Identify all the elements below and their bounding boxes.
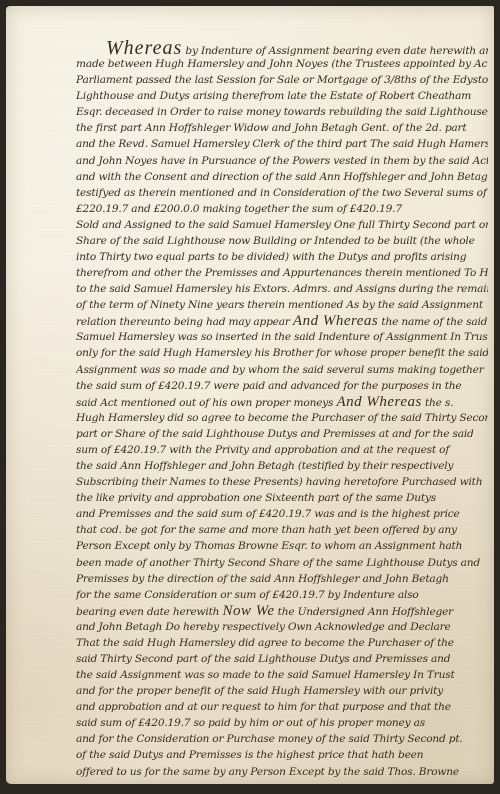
manuscript-line: been made of another Thirty Second Share…	[76, 555, 488, 571]
line-text: and approbation and at our request to hi…	[76, 701, 451, 713]
manuscript-line: of the term of Ninety Nine years therein…	[76, 297, 488, 313]
line-text: and John Betagh Do hereby respectively O…	[76, 621, 451, 633]
manuscript-line: and approbation and at our request to hi…	[76, 699, 488, 715]
line-text: That the said Hugh Hamersley did agree t…	[76, 637, 454, 649]
line-text: Parliament passed the last Session for S…	[76, 74, 488, 86]
manuscript-line: that cod. be got for the same and more t…	[76, 522, 488, 538]
line-text: Share of the said Lighthouse now Buildin…	[76, 235, 475, 247]
line-text: and for the Consideration or Purchase mo…	[76, 733, 463, 745]
manuscript-line: and with the Consent and direction of th…	[76, 169, 488, 185]
manuscript-line: testifyed as therein mentioned and in Co…	[76, 185, 488, 201]
line-text: Hugh Hamersley did so agree to become th…	[76, 412, 488, 424]
line-text: the said Ann Hoffshleger and John Betagh…	[76, 460, 453, 472]
manuscript-line: said Act mentioned out of his own proper…	[76, 394, 488, 410]
manuscript-line: Hugh Hamersley did so agree to become th…	[76, 410, 488, 426]
manuscript-line: made between Hugh Hamersley and John Noy…	[76, 56, 488, 72]
line-text: only for the said Hugh Hamersley his Bro…	[76, 347, 488, 359]
manuscript-line: and for the proper benefit of the said H…	[76, 683, 488, 699]
manuscript-line: the first part Ann Hoffshleger Widow and…	[76, 120, 488, 136]
line-text: the first part Ann Hoffshleger Widow and…	[76, 122, 466, 134]
line-text: testifyed as therein mentioned and in Co…	[76, 187, 487, 199]
manuscript-line: relation thereunto being had may appear …	[76, 313, 488, 329]
line-text: the said Assignment was so made to the s…	[76, 669, 455, 681]
manuscript-line: Whereas by Indenture of Assignment beari…	[76, 40, 488, 56]
manuscript-line: the said sum of £420.19.7 were paid and …	[76, 378, 488, 394]
line-text: been made of another Thirty Second Share…	[76, 557, 480, 569]
line-text: said Act mentioned out of his own proper…	[76, 397, 333, 409]
manuscript-line: Lighthouse and Dutys arising therefrom l…	[76, 88, 488, 104]
line-text: Person Except only by Thomas Browne Esqr…	[76, 540, 462, 552]
line-text: and with the Consent and direction of th…	[76, 171, 488, 183]
manuscript-page: Whereas by Indenture of Assignment beari…	[6, 6, 494, 784]
manuscript-line: Samuel Hamersley was so inserted in the …	[76, 329, 488, 345]
line-text: Subscribing their Names to these Present…	[76, 476, 482, 488]
line-text: Samuel Hamersley was so inserted in the …	[76, 331, 488, 343]
emphasis-phrase: And Whereas	[336, 394, 421, 410]
manuscript-line: and for the Consideration or Purchase mo…	[76, 731, 488, 747]
line-text: and the Revd. Samuel Hamersley Clerk of …	[76, 138, 488, 150]
manuscript-line: offered to us for the same by any Person…	[76, 764, 488, 780]
line-text: and Premisses and the said sum of £420.1…	[76, 508, 460, 520]
line-text: made between Hugh Hamersley and John Noy…	[76, 58, 488, 70]
opening-word: Whereas	[106, 40, 182, 56]
manuscript-line: only for the said Hugh Hamersley his Bro…	[76, 345, 488, 361]
line-text: of the said Dutys and Premisses is the h…	[76, 749, 423, 761]
line-tail: the Undersigned Ann Hoffshleger	[274, 606, 453, 618]
line-text: part or Share of the said Lighthouse Dut…	[76, 428, 474, 440]
manuscript-line: said sum of £420.19.7 so paid by him or …	[76, 715, 488, 731]
line-text: of the term of Ninety Nine years therein…	[76, 299, 483, 311]
emphasis-phrase: And Whereas	[293, 313, 378, 329]
manuscript-line: Subscribing their Names to these Present…	[76, 474, 488, 490]
manuscript-line: Person Except only by Thomas Browne Esqr…	[76, 538, 488, 554]
line-text: for the same Consideration or sum of £42…	[76, 589, 419, 601]
line-text: to the said Samuel Hamersley his Extors.…	[76, 283, 488, 295]
manuscript-line: and Premisses and the said sum of £420.1…	[76, 506, 488, 522]
manuscript-line: Sold and Assigned to the said Samuel Ham…	[76, 217, 488, 233]
manuscript-line: and the Revd. Samuel Hamersley Clerk of …	[76, 136, 488, 152]
line-text: the said sum of £420.19.7 were paid and …	[76, 380, 461, 392]
emphasis-phrase: Now We	[222, 603, 274, 619]
manuscript-line: to the said Samuel Hamersley his Extors.…	[76, 281, 488, 297]
manuscript-line: That the said Hugh Hamersley did agree t…	[76, 635, 488, 651]
manuscript-line: the said Ann Hoffshleger and John Betagh…	[76, 458, 488, 474]
line-text: Lighthouse and Dutys arising therefrom l…	[76, 90, 471, 102]
manuscript-line: the like privity and approbation one Six…	[76, 490, 488, 506]
line-text: bearing even date herewith	[76, 606, 219, 618]
manuscript-line: therefrom and other the Premisses and Ap…	[76, 265, 488, 281]
line-tail: the name of the said	[378, 316, 487, 328]
line-tail: the s.	[422, 397, 454, 409]
manuscript-line: Premisses by the direction of the said A…	[76, 571, 488, 587]
manuscript-line: the said Assignment was so made to the s…	[76, 667, 488, 683]
line-text: that cod. be got for the same and more t…	[76, 524, 457, 536]
manuscript-line: and John Noyes have in Pursuance of the …	[76, 153, 488, 169]
line-text: by Indenture of Assignment bearing even …	[182, 45, 488, 56]
manuscript-line: £220.19.7 and £200.0.0 making together t…	[76, 201, 488, 217]
line-text: into Thirty two equal parts to be divide…	[76, 251, 466, 263]
manuscript-line: Esqr. deceased in Order to raise money t…	[76, 104, 488, 120]
line-text: said Thirty Second part of the said Ligh…	[76, 653, 450, 665]
manuscript-line: part or Share of the said Lighthouse Dut…	[76, 426, 488, 442]
manuscript-line: sum of £420.19.7 with the Privity and ap…	[76, 442, 488, 458]
manuscript-line: of the said Dutys and Premisses is the h…	[76, 747, 488, 763]
line-text: £220.19.7 and £200.0.0 making together t…	[76, 203, 402, 215]
line-text: sum of £420.19.7 with the Privity and ap…	[76, 444, 449, 456]
manuscript-line: Share of the said Lighthouse now Buildin…	[76, 233, 488, 249]
manuscript-line: bearing even date herewith Now We the Un…	[76, 603, 488, 619]
manuscript-text: Whereas by Indenture of Assignment beari…	[76, 40, 488, 780]
line-text: Sold and Assigned to the said Samuel Ham…	[76, 219, 488, 231]
line-text: relation thereunto being had may appear	[76, 316, 290, 328]
line-text: the like privity and approbation one Six…	[76, 492, 436, 504]
manuscript-line: Parliament passed the last Session for S…	[76, 72, 488, 88]
line-text: and for the proper benefit of the said H…	[76, 685, 443, 697]
line-text: and John Noyes have in Pursuance of the …	[76, 155, 488, 167]
manuscript-line: Assignment was so made and by whom the s…	[76, 362, 488, 378]
line-text: offered to us for the same by any Person…	[76, 766, 459, 778]
line-text: Premisses by the direction of the said A…	[76, 573, 449, 585]
manuscript-line: into Thirty two equal parts to be divide…	[76, 249, 488, 265]
line-text: said sum of £420.19.7 so paid by him or …	[76, 717, 425, 729]
line-text: Assignment was so made and by whom the s…	[76, 364, 484, 376]
line-text: therefrom and other the Premisses and Ap…	[76, 267, 488, 279]
manuscript-line: and John Betagh Do hereby respectively O…	[76, 619, 488, 635]
manuscript-line: said Thirty Second part of the said Ligh…	[76, 651, 488, 667]
manuscript-line: for the same Consideration or sum of £42…	[76, 587, 488, 603]
line-text: Esqr. deceased in Order to raise money t…	[76, 106, 488, 118]
